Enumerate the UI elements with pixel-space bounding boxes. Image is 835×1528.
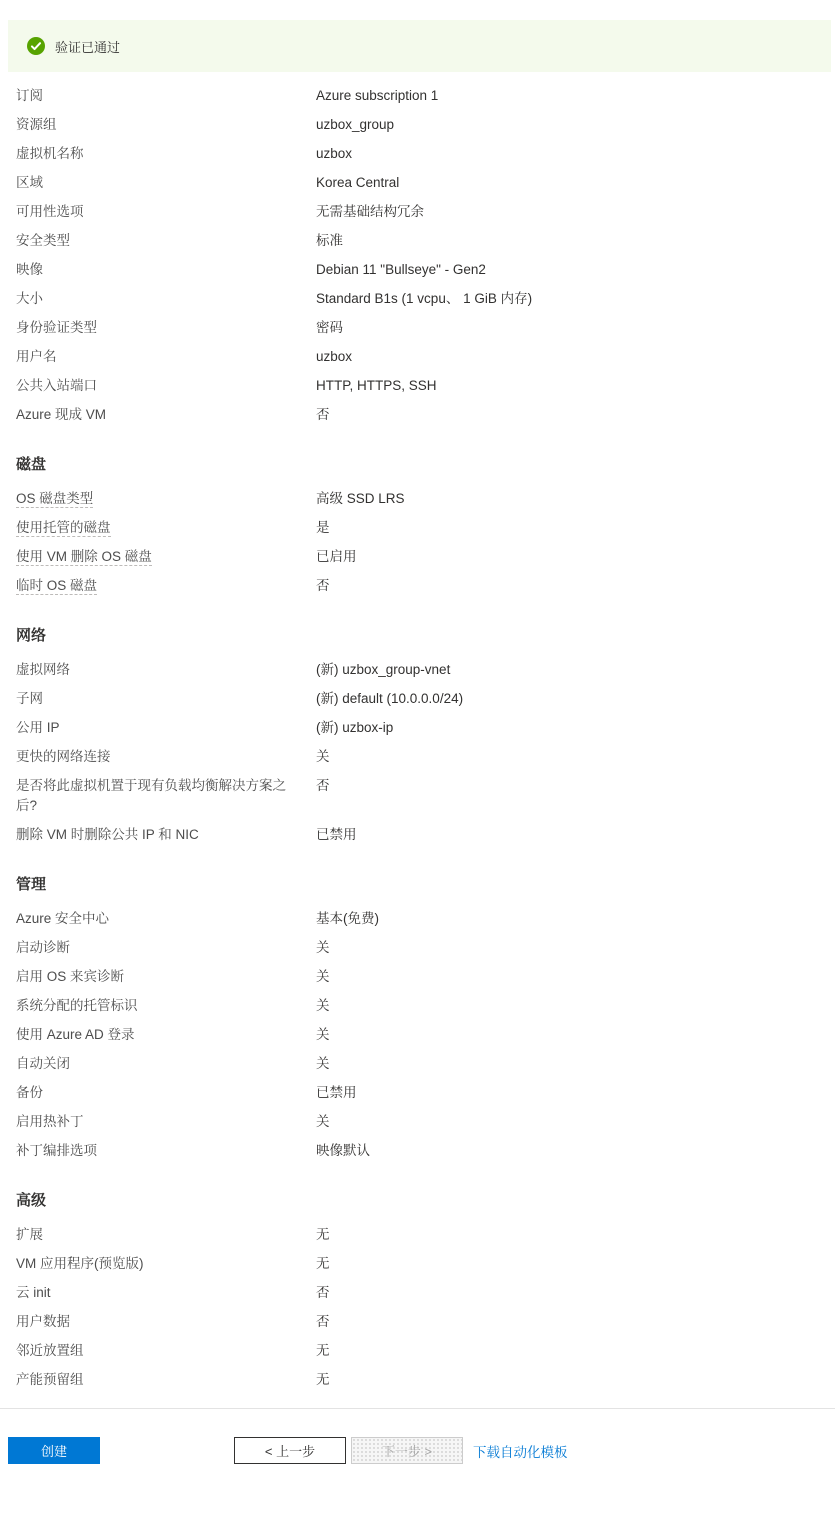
row-value: 密码 [316,318,819,338]
row-value: 已禁用 [316,825,819,845]
row-label: 子网 [16,689,316,709]
row-label: 使用 Azure AD 登录 [16,1025,316,1045]
row-label-text: 资源组 [16,117,57,132]
row-value: 是 [316,518,819,538]
row-label-text: 临时 OS 磁盘 [16,578,97,595]
review-row: Azure 现成 VM否 [16,405,819,425]
row-label: 系统分配的托管标识 [16,996,316,1016]
row-label: 扩展 [16,1225,316,1245]
row-value: 否 [316,1312,819,1332]
section-management: 管理Azure 安全中心基本(免费)启动诊断关启用 OS 来宾诊断关系统分配的托… [16,875,819,1161]
row-label: 订阅 [16,86,316,106]
section-heading-networking: 网络 [16,626,819,646]
row-value: 无 [316,1341,819,1361]
row-label-text: 用户名 [16,349,57,364]
review-row: 启动诊断关 [16,938,819,958]
row-label: 启用 OS 来宾诊断 [16,967,316,987]
review-row: 用户名uzbox [16,347,819,367]
review-row: 启用 OS 来宾诊断关 [16,967,819,987]
row-label: Azure 安全中心 [16,909,316,929]
row-label-text: 虚拟机名称 [16,146,84,161]
row-value: (新) uzbox-ip [316,718,819,738]
review-row: 扩展无 [16,1225,819,1245]
row-label: 用户数据 [16,1312,316,1332]
review-row: 使用 VM 删除 OS 磁盘已启用 [16,547,819,567]
row-label-text: 邻近放置组 [16,1343,84,1358]
review-row: 使用托管的磁盘是 [16,518,819,538]
row-label-text: 用户数据 [16,1314,70,1329]
row-label: 公共入站端口 [16,376,316,396]
row-label-text: OS 磁盘类型 [16,491,93,508]
row-label-text: 使用托管的磁盘 [16,520,111,537]
row-value: 已启用 [316,547,819,567]
previous-step-button[interactable]: < 上一步 [234,1437,346,1464]
row-label: Azure 现成 VM [16,405,316,425]
row-label-text: 区域 [16,175,43,190]
row-label: 备份 [16,1083,316,1103]
review-row: 资源组uzbox_group [16,115,819,135]
row-label-text: 自动关闭 [16,1056,70,1071]
row-label-text: 产能预留组 [16,1372,84,1387]
review-content: 订阅Azure subscription 1资源组uzbox_group虚拟机名… [16,86,819,1390]
review-row: 可用性选项无需基础结构冗余 [16,202,819,222]
row-value: 否 [316,576,819,596]
section-basics: 订阅Azure subscription 1资源组uzbox_group虚拟机名… [16,86,819,425]
section-heading-disks: 磁盘 [16,455,819,475]
review-row: 更快的网络连接关 [16,747,819,767]
row-label: 临时 OS 磁盘 [16,576,316,596]
row-label-text: Azure 安全中心 [16,911,109,926]
row-label-text: 扩展 [16,1227,43,1242]
review-row: OS 磁盘类型高级 SSD LRS [16,489,819,509]
row-label-text: 启用热补丁 [16,1114,84,1129]
row-value: 关 [316,747,819,767]
row-label-text: 补丁编排选项 [16,1143,97,1158]
row-value: uzbox_group [316,115,819,135]
row-label: 启用热补丁 [16,1112,316,1132]
section-advanced: 高级扩展无VM 应用程序(预览版)无云 init否用户数据否邻近放置组无产能预留… [16,1191,819,1390]
row-label-text: 是否将此虚拟机置于现有负载均衡解决方案之后? [16,778,286,813]
row-label-text: 订阅 [16,88,43,103]
row-label-text: 启用 OS 来宾诊断 [16,969,124,984]
row-value: 无 [316,1370,819,1390]
row-label-text: 身份验证类型 [16,320,97,335]
review-row: 公用 IP(新) uzbox-ip [16,718,819,738]
review-row: 邻近放置组无 [16,1341,819,1361]
row-label: 身份验证类型 [16,318,316,338]
row-label-text: VM 应用程序(预览版) [16,1256,144,1271]
row-label: 映像 [16,260,316,280]
row-label-text: 虚拟网络 [16,662,70,677]
row-value: Debian 11 "Bullseye" - Gen2 [316,260,819,280]
row-label-text: 云 init [16,1285,51,1300]
row-label-text: 安全类型 [16,233,70,248]
review-row: 临时 OS 磁盘否 [16,576,819,596]
review-row: 安全类型标准 [16,231,819,251]
row-value: 否 [316,1283,819,1303]
review-row: 身份验证类型密码 [16,318,819,338]
row-label: 区域 [16,173,316,193]
row-label: 自动关闭 [16,1054,316,1074]
check-circle-icon [27,37,45,55]
review-row: 大小Standard B1s (1 vcpu、 1 GiB 内存) [16,289,819,309]
create-button[interactable]: 创建 [8,1437,100,1464]
row-label: 大小 [16,289,316,309]
row-label: 产能预留组 [16,1370,316,1390]
review-row: 自动关闭关 [16,1054,819,1074]
row-label: 删除 VM 时删除公共 IP 和 NIC [16,825,316,845]
row-label-text: Azure 现成 VM [16,407,106,422]
review-row: 子网(新) default (10.0.0.0/24) [16,689,819,709]
row-value: Korea Central [316,173,819,193]
review-row: VM 应用程序(预览版)无 [16,1254,819,1274]
row-value: (新) default (10.0.0.0/24) [316,689,819,709]
review-row: 映像Debian 11 "Bullseye" - Gen2 [16,260,819,280]
row-label: OS 磁盘类型 [16,489,316,509]
row-label-text: 使用 Azure AD 登录 [16,1027,135,1042]
row-value: uzbox [316,144,819,164]
validation-banner: 验证已通过 [8,20,831,72]
review-row: 订阅Azure subscription 1 [16,86,819,106]
row-label: 虚拟网络 [16,660,316,680]
row-label-text: 可用性选项 [16,204,84,219]
section-heading-management: 管理 [16,875,819,895]
review-row: 是否将此虚拟机置于现有负载均衡解决方案之后?否 [16,776,819,816]
row-label: 使用 VM 删除 OS 磁盘 [16,547,316,567]
review-row: 虚拟机名称uzbox [16,144,819,164]
next-step-button-disabled[interactable]: 下一步 > [351,1437,463,1464]
review-row: 删除 VM 时删除公共 IP 和 NIC已禁用 [16,825,819,845]
row-label: 是否将此虚拟机置于现有负载均衡解决方案之后? [16,776,316,816]
row-value: 标准 [316,231,819,251]
row-value: 基本(免费) [316,909,819,929]
review-row: 公共入站端口HTTP, HTTPS, SSH [16,376,819,396]
row-value: 关 [316,967,819,987]
row-label: VM 应用程序(预览版) [16,1254,316,1274]
row-value: 高级 SSD LRS [316,489,819,509]
row-value: uzbox [316,347,819,367]
review-row: 区域Korea Central [16,173,819,193]
row-value: 关 [316,1112,819,1132]
row-value: (新) uzbox_group-vnet [316,660,819,680]
row-label-text: 大小 [16,291,43,306]
review-row: 使用 Azure AD 登录关 [16,1025,819,1045]
section-networking: 网络虚拟网络(新) uzbox_group-vnet子网(新) default … [16,626,819,845]
review-row: 产能预留组无 [16,1370,819,1390]
row-label-text: 备份 [16,1085,43,1100]
row-value: 关 [316,1025,819,1045]
row-value: 映像默认 [316,1141,819,1161]
row-label: 云 init [16,1283,316,1303]
row-label-text: 系统分配的托管标识 [16,998,138,1013]
download-automation-template-link[interactable]: 下载自动化模板 [473,1441,568,1461]
row-label-text: 公共入站端口 [16,378,97,393]
row-label: 资源组 [16,115,316,135]
row-value: 无需基础结构冗余 [316,202,819,222]
row-value: 无 [316,1254,819,1274]
row-label: 用户名 [16,347,316,367]
row-value: HTTP, HTTPS, SSH [316,376,819,396]
row-label: 安全类型 [16,231,316,251]
review-row: 虚拟网络(新) uzbox_group-vnet [16,660,819,680]
review-row: 用户数据否 [16,1312,819,1332]
review-row: 启用热补丁关 [16,1112,819,1132]
row-value: 否 [316,776,819,796]
row-value: 已禁用 [316,1083,819,1103]
footer-bar: 创建 < 上一步 下一步 > 下载自动化模板 [0,1409,835,1464]
row-label: 邻近放置组 [16,1341,316,1361]
row-label: 可用性选项 [16,202,316,222]
row-label: 使用托管的磁盘 [16,518,316,538]
row-label: 补丁编排选项 [16,1141,316,1161]
review-row: 系统分配的托管标识关 [16,996,819,1016]
row-value: 否 [316,405,819,425]
row-value: 关 [316,938,819,958]
row-label-text: 使用 VM 删除 OS 磁盘 [16,549,152,566]
row-label-text: 映像 [16,262,43,277]
row-label-text: 启动诊断 [16,940,70,955]
row-label-text: 子网 [16,691,43,706]
row-label: 更快的网络连接 [16,747,316,767]
row-label-text: 删除 VM 时删除公共 IP 和 NIC [16,827,199,842]
validation-banner-text: 验证已通过 [55,37,120,56]
review-row: 补丁编排选项映像默认 [16,1141,819,1161]
row-value: 关 [316,1054,819,1074]
row-label: 虚拟机名称 [16,144,316,164]
row-value: Azure subscription 1 [316,86,819,106]
review-row: 备份已禁用 [16,1083,819,1103]
row-label: 启动诊断 [16,938,316,958]
row-label-text: 更快的网络连接 [16,749,111,764]
row-label: 公用 IP [16,718,316,738]
row-label-text: 公用 IP [16,720,60,735]
row-value: 无 [316,1225,819,1245]
row-value: 关 [316,996,819,1016]
review-row: Azure 安全中心基本(免费) [16,909,819,929]
review-row: 云 init否 [16,1283,819,1303]
section-disks: 磁盘OS 磁盘类型高级 SSD LRS使用托管的磁盘是使用 VM 删除 OS 磁… [16,455,819,596]
row-value: Standard B1s (1 vcpu、 1 GiB 内存) [316,289,819,309]
section-heading-advanced: 高级 [16,1191,819,1211]
